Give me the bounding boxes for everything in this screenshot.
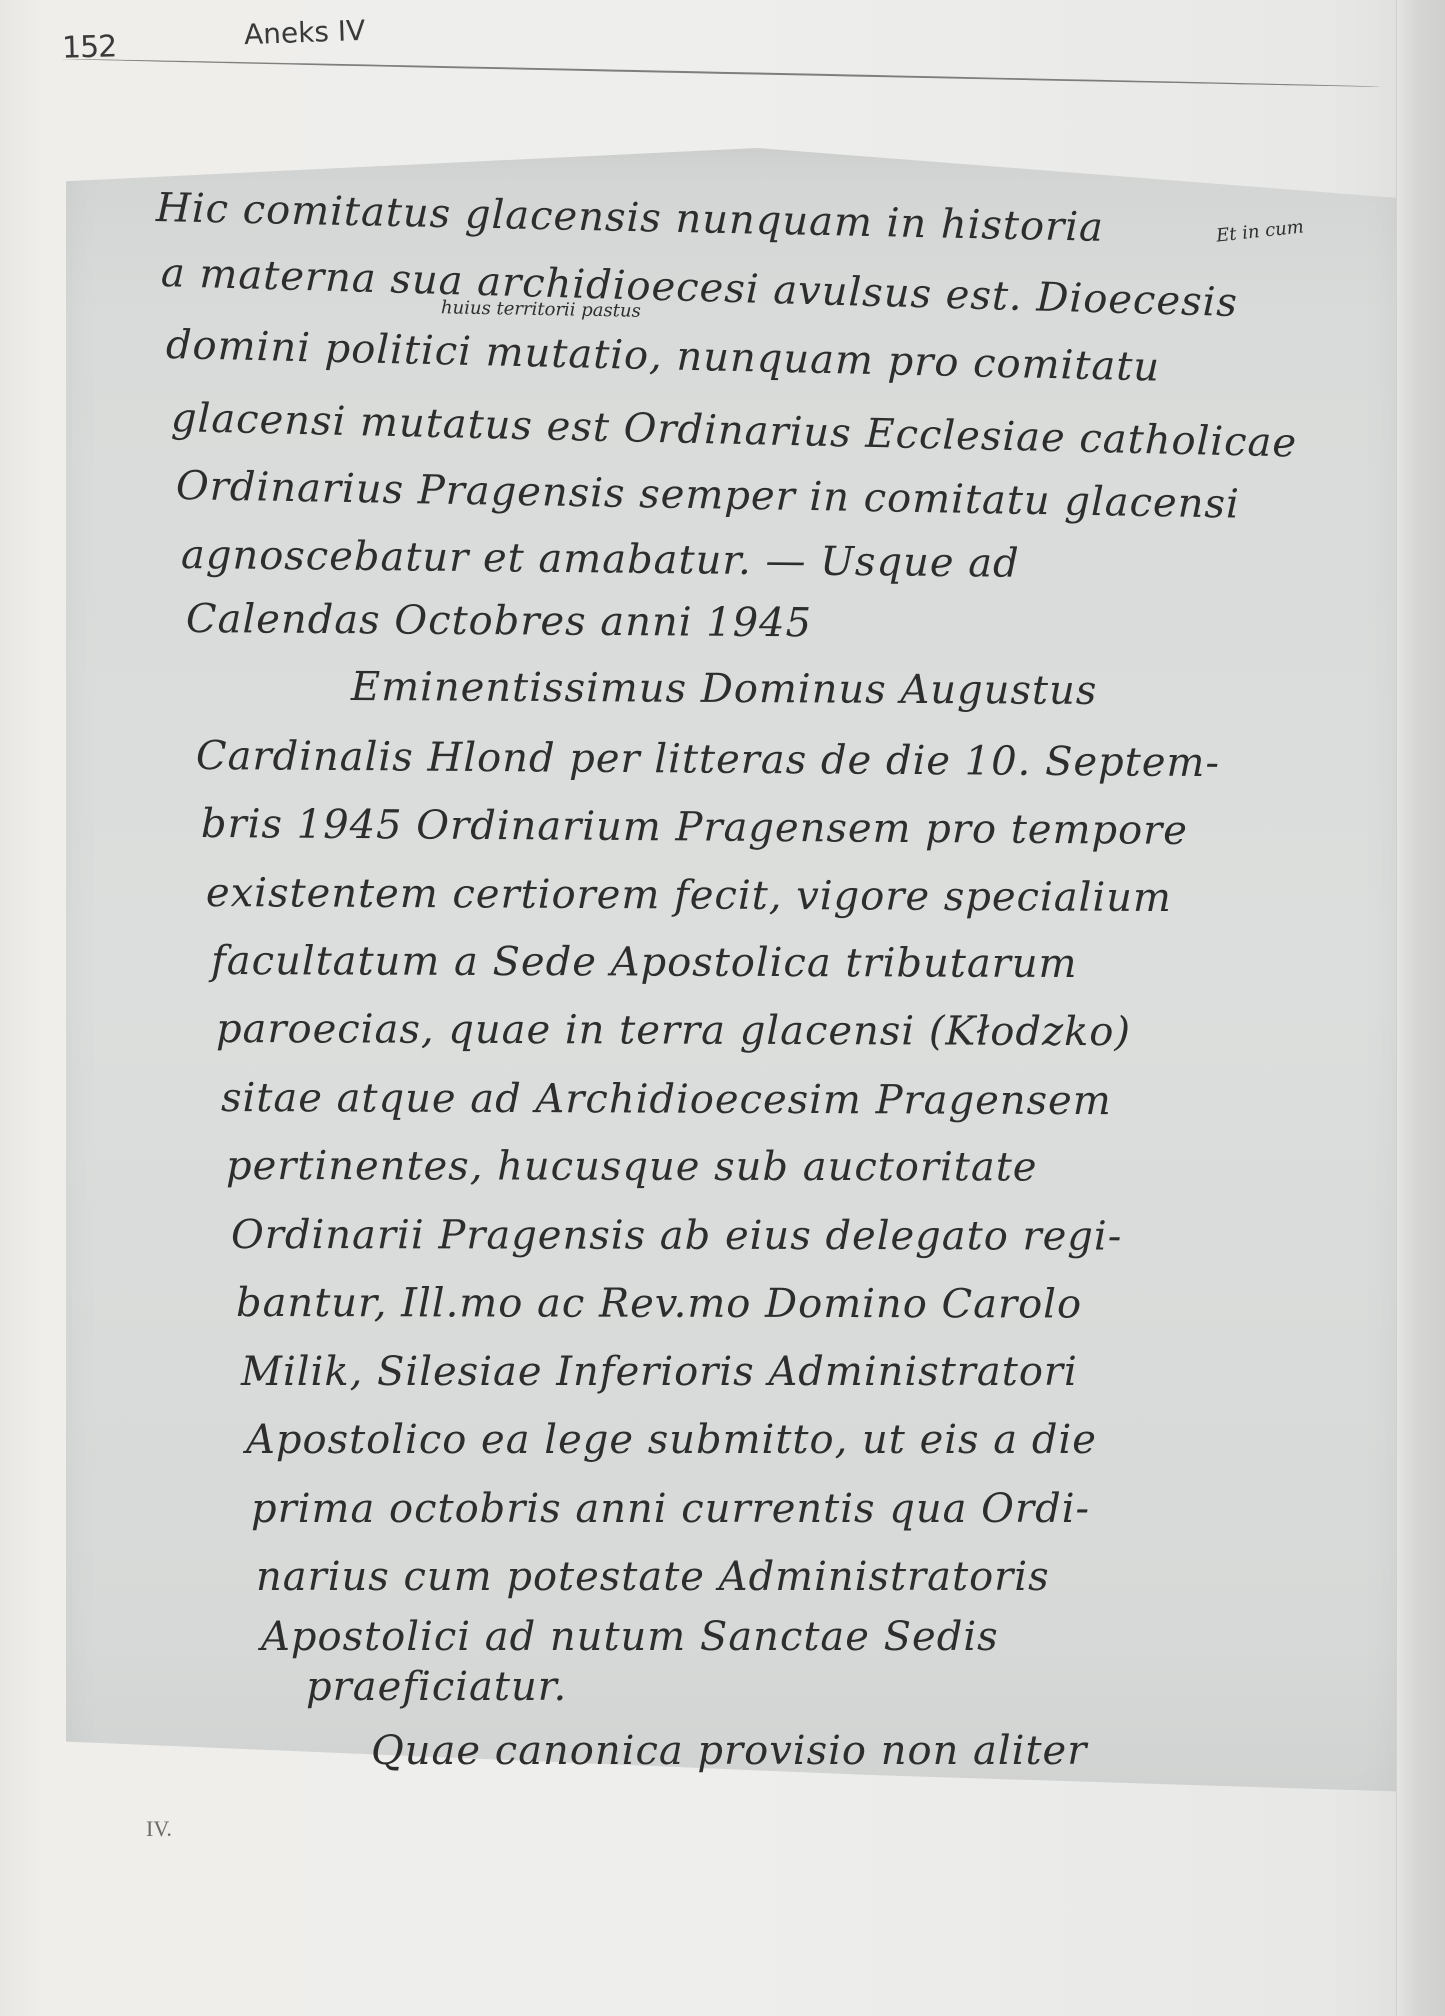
- manuscript-line: pertinentes, hucusque sub auctoritate: [226, 1143, 1038, 1190]
- manuscript-line: narius cum potestate Administratoris: [256, 1554, 1050, 1600]
- manuscript-line: Eminentissimus Dominus Augustus: [351, 664, 1098, 714]
- handwritten-text: Hic comitatus glacensis nunquam in histo…: [66, 148, 1396, 1808]
- manuscript-line: Hic comitatus glacensis nunquam in histo…: [156, 185, 1105, 251]
- manuscript-line: Calendas Octobres anni 1945: [186, 596, 812, 646]
- manuscript-line: sitae atque ad Archidioecesim Pragensem: [221, 1075, 1112, 1124]
- manuscript-line: prima octobris anni currentis qua Ordi-: [251, 1486, 1090, 1532]
- page-header: 152 Aneks IV: [0, 0, 1445, 110]
- manuscript-line: glacensi mutatus est Ordinarius Ecclesia…: [170, 395, 1297, 467]
- manuscript-line: domini politici mutatio, nunquam pro com…: [165, 322, 1160, 391]
- manuscript-line: Apostolici ad nutum Sanctae Sedis: [261, 1614, 999, 1660]
- manuscript-line: Cardinalis Hlond per litteras de die 10.…: [196, 733, 1220, 786]
- header-rule: [62, 58, 1382, 88]
- manuscript-line: facultatum a Sede Apostolica tributarum: [211, 938, 1078, 987]
- manuscript-line: Milik, Silesiae Inferioris Administrator…: [241, 1349, 1078, 1395]
- manuscript-line: bantur, Ill.mo ac Rev.mo Domino Carolo: [236, 1280, 1082, 1327]
- manuscript-line: a materna sua archidioecesi avulsus est.…: [160, 250, 1238, 326]
- manuscript-line: bris 1945 Ordinarium Pragensem pro tempo…: [201, 801, 1188, 854]
- manuscript-line: paroecias, quae in terra glacensi (Kłodz…: [216, 1006, 1131, 1055]
- manuscript-line: existentem certiorem fecit, vigore speci…: [206, 870, 1172, 921]
- handwritten-facsimile: Hic comitatus glacensis nunquam in histo…: [66, 148, 1396, 1808]
- plate-label: IV.: [146, 1816, 172, 1842]
- manuscript-line: Ordinarius Pragensis semper in comitatu …: [176, 463, 1241, 528]
- running-title: Aneks IV: [243, 14, 365, 51]
- manuscript-line: agnoscebatur et amabatur. — Usque ad: [181, 532, 1020, 587]
- book-page: 152 Aneks IV Hic comitatus glacensis nun…: [0, 0, 1445, 2016]
- manuscript-line: Apostolico ea lege submitto, ut eis a di…: [246, 1417, 1097, 1463]
- manuscript-insertion: Et in cum: [1215, 216, 1305, 246]
- page-edge: [1396, 0, 1445, 2016]
- manuscript-line: Ordinarii Pragensis ab eius delegato reg…: [231, 1212, 1122, 1260]
- manuscript-insertion: huius territorii pastus: [441, 297, 641, 321]
